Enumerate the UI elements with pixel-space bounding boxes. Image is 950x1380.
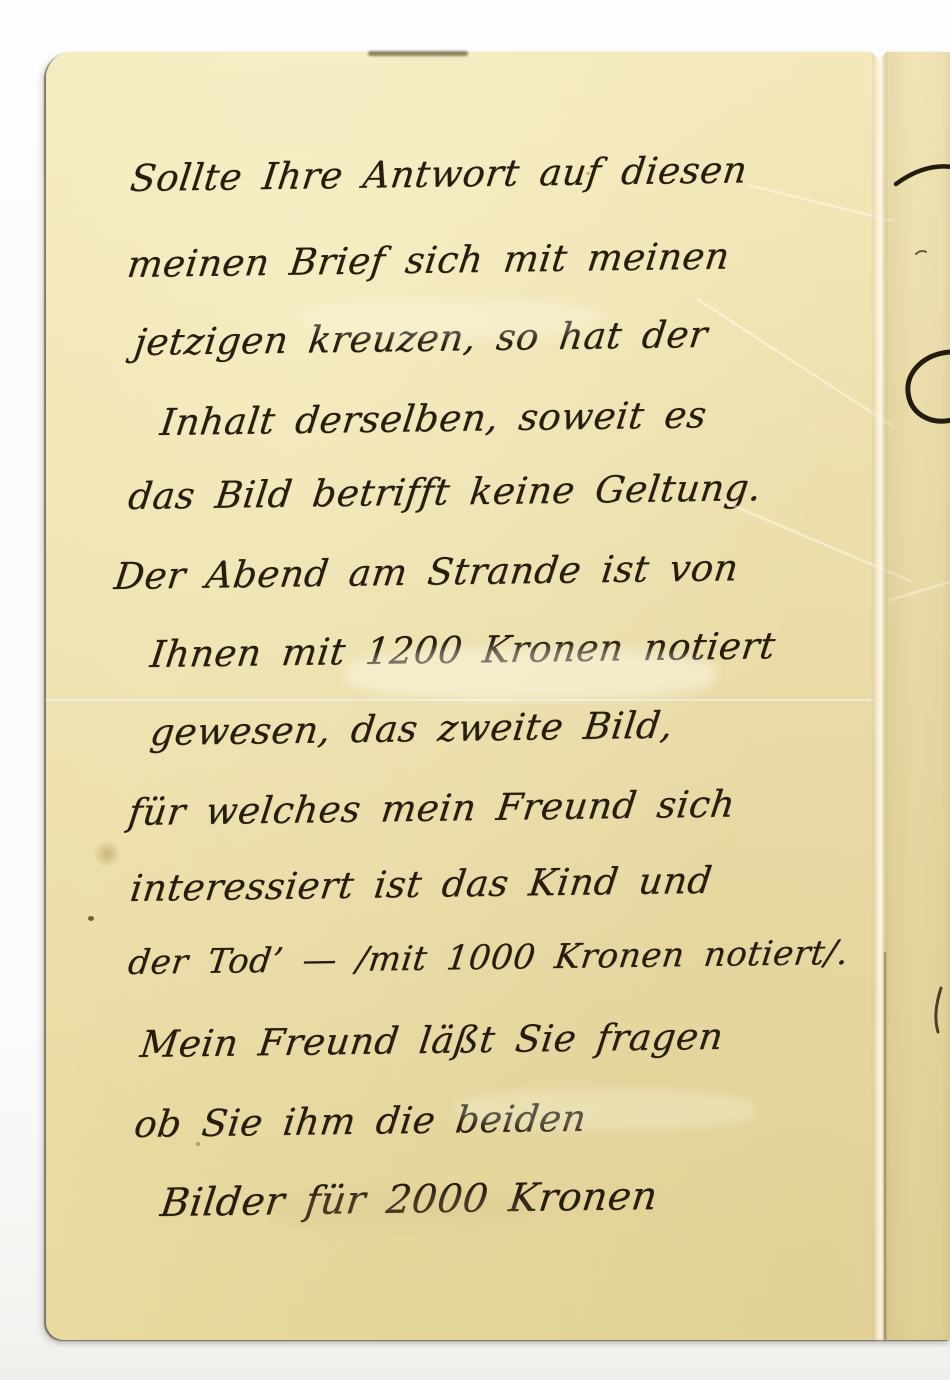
paper-stain xyxy=(92,842,122,866)
letter-line-8: gewesen, das zweite Bild, xyxy=(148,707,675,753)
letter-line-1: Sollte Ihre Antwort auf diesen xyxy=(128,151,750,199)
ink-speck xyxy=(586,172,590,175)
letter-page: Sollte Ihre Antwort auf diesen meinen Br… xyxy=(46,52,950,1340)
letter-line-9: für welches mein Freund sich xyxy=(126,785,737,832)
edge-ink-smudge xyxy=(368,51,468,56)
letter-line-2: meinen Brief sich mit meinen xyxy=(125,238,732,285)
adjacent-page-strip xyxy=(890,52,950,1340)
ink-ghost-patch xyxy=(346,648,716,700)
ink-ghost-patch xyxy=(456,1090,756,1130)
letter-line-4: Inhalt derselben, soweit es xyxy=(158,396,709,443)
fold-top-notch xyxy=(870,50,888,60)
ink-ghost-patch xyxy=(271,1192,531,1226)
ink-ghost-patch xyxy=(301,300,601,338)
diagonal-crease xyxy=(696,298,894,428)
vertical-fold-crease xyxy=(872,52,890,1340)
letter-line-5: das Bild betrifft keine Geltung. xyxy=(126,469,764,517)
ink-speck xyxy=(88,916,94,921)
letter-line-12: Mein Freund läßt Sie fragen xyxy=(138,1018,726,1065)
letter-line-6: Der Abend am Strande ist von xyxy=(112,549,741,597)
letter-line-10: interessiert ist das Kind und xyxy=(128,862,714,909)
ink-speck xyxy=(196,1142,200,1146)
letter-line-11: der Tod’ — /mit 1000 Kronen notiert/. xyxy=(126,936,851,982)
fold-shadow xyxy=(884,952,886,1340)
